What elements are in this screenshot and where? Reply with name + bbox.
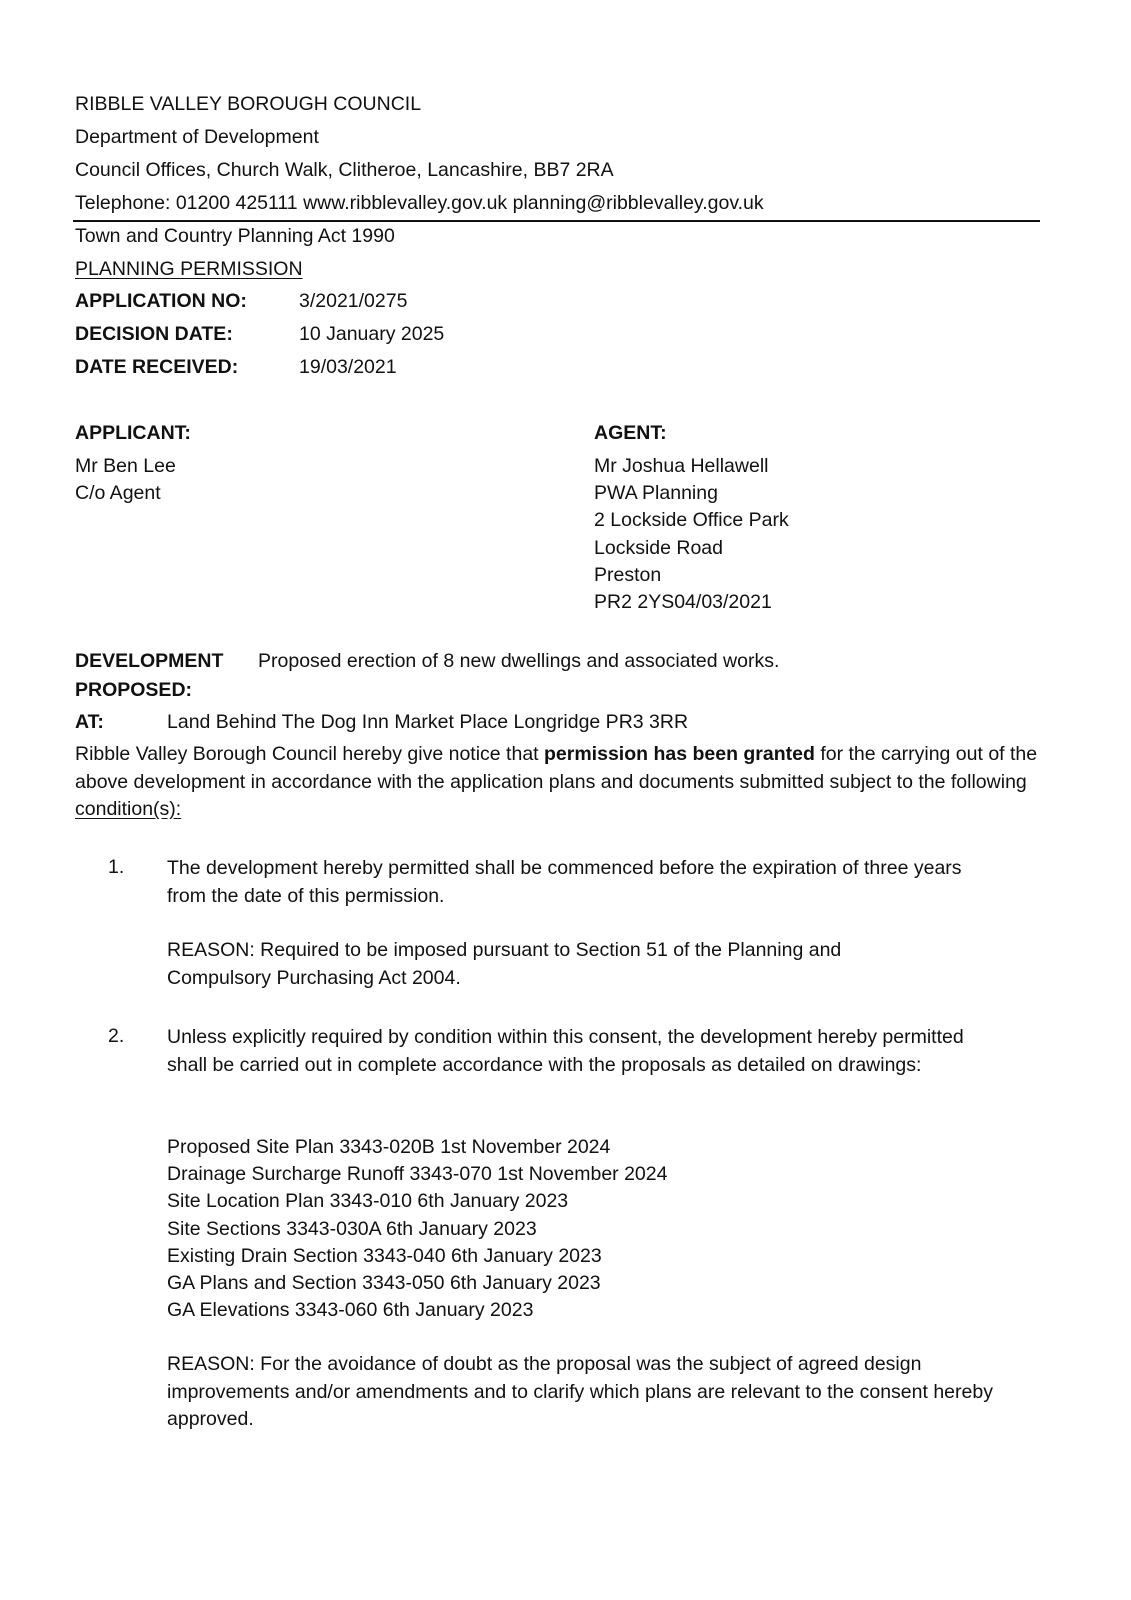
site-address: Land Behind The Dog Inn Market Place Lon… [167, 711, 688, 734]
permission-notice: Ribble Valley Borough Council hereby giv… [75, 741, 1040, 824]
plan-item: Site Sections 3343-030A 6th January 2023 [167, 1216, 667, 1243]
decision-date-label: DECISION DATE: [75, 323, 233, 346]
act-title: Town and Country Planning Act 1990 [75, 225, 395, 248]
notice-conditions-link: condition(s): [75, 798, 181, 820]
condition-2-number: 2. [108, 1025, 124, 1048]
council-address: Council Offices, Church Walk, Clitheroe,… [75, 159, 614, 182]
agent-details: Mr Joshua Hellawell PWA Planning 2 Locks… [594, 453, 789, 616]
approved-plans-list: Proposed Site Plan 3343-020B 1st Novembe… [167, 1134, 667, 1324]
agent-label: AGENT: [594, 422, 667, 445]
condition-2-text: Unless explicitly required by condition … [167, 1024, 982, 1079]
condition-2-reason: REASON: For the avoidance of doubt as th… [167, 1351, 997, 1434]
application-no-value: 3/2021/0275 [299, 290, 407, 313]
agent-address-line2: Lockside Road [594, 535, 789, 562]
condition-1-text: The development hereby permitted shall b… [167, 855, 977, 910]
notice-granted-emphasis: permission has been granted [544, 743, 815, 765]
site-label: AT: [75, 711, 104, 734]
agent-name: Mr Joshua Hellawell [594, 453, 789, 480]
plan-item: GA Plans and Section 3343-050 6th Januar… [167, 1270, 667, 1297]
development-label-line1: DEVELOPMENT [75, 650, 223, 673]
applicant-care-of: C/o Agent [75, 480, 176, 507]
development-description: Proposed erection of 8 new dwellings and… [258, 650, 779, 673]
council-name: RIBBLE VALLEY BOROUGH COUNCIL [75, 93, 421, 116]
condition-1-reason: REASON: Required to be imposed pursuant … [167, 937, 927, 992]
header-divider [73, 220, 1040, 222]
document-type: PLANNING PERMISSION [75, 258, 303, 281]
applicant-details: Mr Ben Lee C/o Agent [75, 453, 176, 507]
department-name: Department of Development [75, 126, 319, 149]
decision-date-value: 10 January 2025 [299, 323, 444, 346]
agent-company: PWA Planning [594, 480, 789, 507]
plan-item: Existing Drain Section 3343-040 6th Janu… [167, 1243, 667, 1270]
plan-item: Proposed Site Plan 3343-020B 1st Novembe… [167, 1134, 667, 1161]
notice-text: Ribble Valley Borough Council hereby giv… [75, 743, 544, 765]
agent-town: Preston [594, 562, 789, 589]
date-received-value: 19/03/2021 [299, 356, 397, 379]
application-no-label: APPLICATION NO: [75, 290, 247, 313]
plan-item: Drainage Surcharge Runoff 3343-070 1st N… [167, 1161, 667, 1188]
contact-line: Telephone: 01200 425111 www.ribblevalley… [75, 192, 764, 215]
condition-1-number: 1. [108, 856, 124, 879]
plan-item: Site Location Plan 3343-010 6th January … [167, 1188, 667, 1215]
agent-address-line1: 2 Lockside Office Park [594, 507, 789, 534]
applicant-label: APPLICANT: [75, 422, 191, 445]
plan-item: GA Elevations 3343-060 6th January 2023 [167, 1297, 667, 1324]
date-received-label: DATE RECEIVED: [75, 356, 238, 379]
development-label-line2: PROPOSED: [75, 679, 192, 702]
agent-postcode: PR2 2YS04/03/2021 [594, 589, 789, 616]
applicant-name: Mr Ben Lee [75, 453, 176, 480]
